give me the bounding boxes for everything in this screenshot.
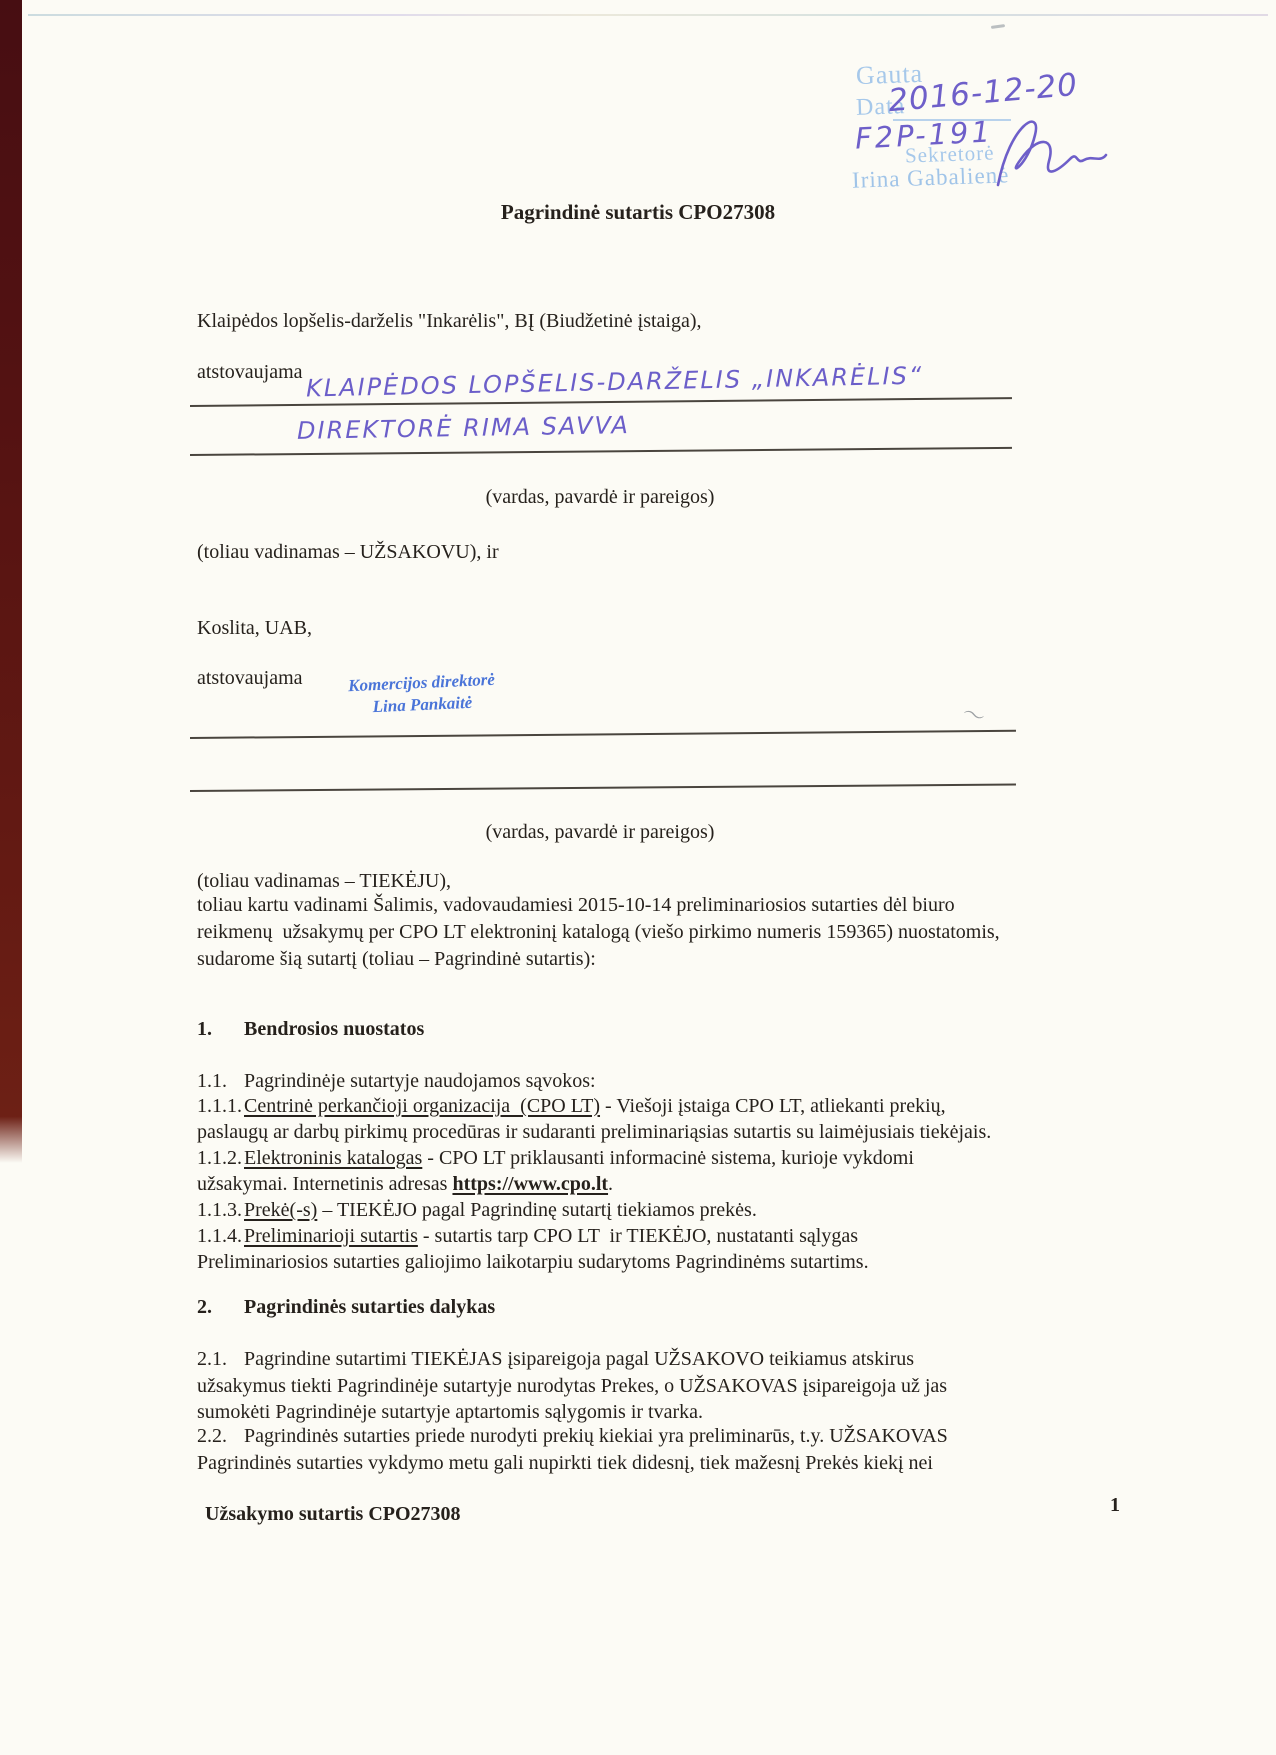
supplier-name-line: Koslita, UAB,	[197, 616, 312, 641]
clause-1-1-1-term: Centrinė perkančioji organizacija (CPO L…	[244, 1095, 600, 1117]
clause-1-1-2-number: 1.1.2.	[197, 1146, 244, 1171]
buyer-alias-line: (toliau vadinamas – UŽSAKOVU), ir	[197, 540, 499, 565]
clause-1-1-3-number: 1.1.3.	[197, 1198, 244, 1223]
clause-1-1-text: Pagrindinėje sutartyje naudojamos sąvoko…	[244, 1070, 596, 1092]
clause-2-1-number: 2.1.	[197, 1347, 244, 1372]
name-position-caption: (vardas, pavardė ir pareigos)	[340, 820, 860, 845]
page-number: 1	[1110, 1493, 1120, 1518]
handwritten-buyer-representative-line2: DIREKTORĖ RIMA SAVVA	[297, 411, 630, 445]
clause-1-1-1-text: - Viešoji įstaiga CPO LT, atliekanti pre…	[600, 1095, 946, 1117]
clause-1-1-3: 1.1.3.Prekė(-s) – TIEKĖJO pagal Pagrindi…	[197, 1198, 757, 1223]
scan-edge-strip	[0, 0, 22, 1163]
signature-line	[190, 447, 1012, 456]
section-2-number: 2.	[197, 1295, 244, 1320]
clause-1-1-2-text: - CPO LT priklausanti informacinė sistem…	[422, 1147, 914, 1169]
clause-1-1-1-number: 1.1.1.	[197, 1094, 244, 1119]
clause-1-1-4-term: Preliminarioji sutartis	[244, 1225, 418, 1247]
preamble-line: reikmenų užsakymų per CPO LT elektroninį…	[197, 920, 1000, 945]
clause-1-1-4-number: 1.1.4.	[197, 1224, 244, 1249]
clause-1-1-2-cont-suffix: .	[608, 1173, 613, 1195]
clause-1-1-2-continuation: užsakymai. Internetinis adresas https://…	[197, 1172, 613, 1197]
represented-by-label: atstovaujama	[197, 360, 303, 385]
scanned-contract-page: 〜 Gauta Data 2016-12-20 F2P-191 Sekretor…	[0, 0, 1276, 1755]
scan-mark-top-right	[991, 24, 1005, 29]
signature-mark	[988, 105, 1108, 205]
clause-1-1-4-text: - sutartis tarp CPO LT ir TIEKĖJO, nusta…	[418, 1225, 858, 1247]
stamp-secretary-name: Irina Gabalienė	[852, 162, 1010, 193]
scan-top-line-artifact	[28, 14, 1268, 16]
section-1-number: 1.	[197, 1017, 244, 1042]
clause-2-1-line1: Pagrindine sutartimi TIEKĖJAS įsipareigo…	[244, 1348, 914, 1370]
supplier-alias-line: (toliau vadinamas – TIEKĖJU),	[197, 869, 451, 894]
clause-2-1: 2.1.Pagrindine sutartimi TIEKĖJAS įsipar…	[197, 1347, 914, 1372]
clause-1-1-1-continuation: paslaugų ar darbų pirkimų procedūras ir …	[197, 1120, 991, 1145]
preamble-line: sudarome šią sutartį (toliau – Pagrindin…	[197, 947, 596, 972]
clause-1-1-number: 1.1.	[197, 1069, 244, 1094]
name-position-caption: (vardas, pavardė ir pareigos)	[340, 485, 860, 510]
document-title: Pagrindinė sutartis CPO27308	[0, 199, 1276, 225]
section-1-title: Bendrosios nuostatos	[244, 1018, 424, 1040]
section-2-heading: 2.Pagrindinės sutarties dalykas	[197, 1295, 495, 1320]
buyer-name-line: Klaipėdos lopšelis-darželis "Inkarėlis",…	[197, 309, 702, 334]
clause-1-1-2-cont-text: užsakymai. Internetinis adresas	[197, 1173, 452, 1195]
signature-line	[190, 784, 1016, 792]
signature-line	[190, 730, 1016, 739]
clause-2-2-line1: Pagrindinės sutarties priede nurodyti pr…	[244, 1425, 948, 1447]
footer-contract-reference: Užsakymo sutartis CPO27308	[205, 1502, 461, 1527]
clause-2-2-line2: Pagrindinės sutarties vykdymo metu gali …	[197, 1451, 933, 1476]
clause-1-1-4: 1.1.4.Preliminarioji sutartis - sutartis…	[197, 1224, 858, 1249]
clause-1-1-3-term: Prekė(-s)	[244, 1199, 317, 1221]
scan-squiggle-mark: 〜	[959, 696, 990, 732]
clause-2-1-line3: sumokėti Pagrindinėje sutartyje aptartom…	[197, 1400, 703, 1425]
clause-1-1: 1.1.Pagrindinėje sutartyje naudojamos są…	[197, 1069, 596, 1094]
clause-1-1-3-text: – TIEKĖJO pagal Pagrindinę sutartį tieki…	[317, 1199, 757, 1221]
cpo-catalog-url: https://www.cpo.lt	[452, 1173, 608, 1195]
clause-1-1-2-term: Elektroninis katalogas	[244, 1147, 422, 1169]
clause-2-2: 2.2.Pagrindinės sutarties priede nurodyt…	[197, 1424, 948, 1449]
clause-1-1-1: 1.1.1.Centrinė perkančioji organizacija …	[197, 1094, 946, 1119]
clause-2-1-line2: užsakymus tiekti Pagrindinėje sutartyje …	[197, 1374, 947, 1399]
clause-2-2-number: 2.2.	[197, 1424, 244, 1449]
supplier-stamp: Komercijos direktorė Lina Pankaitė	[336, 668, 508, 719]
handwritten-buyer-representative-line1: KLAIPĖDOS LOPŠELIS-DARŽELIS „INKARĖLIS“	[306, 362, 924, 403]
section-1-heading: 1.Bendrosios nuostatos	[197, 1017, 424, 1042]
preamble-line: toliau kartu vadinami Šalimis, vadovauda…	[197, 893, 955, 918]
clause-1-1-2: 1.1.2.Elektroninis katalogas - CPO LT pr…	[197, 1146, 914, 1171]
section-2-title: Pagrindinės sutarties dalykas	[244, 1296, 495, 1318]
supplier-represented-by-label: atstovaujama	[197, 666, 303, 691]
clause-1-1-4-continuation: Preliminariosios sutarties galiojimo lai…	[197, 1250, 869, 1275]
